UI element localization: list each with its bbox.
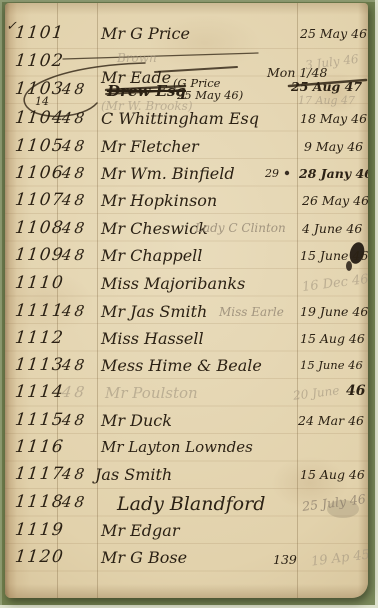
ledger-row: 1119 Mr Edgar: [5, 520, 368, 548]
ledger-row: 1107 48 Mr Hopkinson 26 May 46: [5, 190, 368, 218]
entry-number: 1108: [14, 218, 65, 238]
entry-date: 9 May 46: [304, 139, 363, 154]
entry-number: 1120: [14, 547, 65, 567]
entry-name: Mr Layton Lowndes: [101, 438, 253, 456]
entry-number: 1117: [14, 464, 65, 484]
ledger-row: 1114 48 Mr Poulston 20 June 46: [5, 382, 368, 410]
entry-date: 15 Aug 46: [300, 331, 365, 346]
entry-extra: 139: [273, 552, 297, 567]
entry-fee: 48: [61, 493, 89, 511]
entry-date: 4 June 46: [302, 221, 362, 236]
entry-fee: 48: [61, 137, 89, 155]
entry-number: 1118: [14, 492, 65, 512]
pencil-annotation: Mr Poulston: [105, 384, 198, 402]
ledger-row: 1105 48 Mr Fletcher 9 May 46: [5, 136, 368, 164]
ledger-row: 1113 48 Mess Hime & Beale 15 June 46: [5, 355, 368, 383]
entry-fee: 48: [61, 246, 89, 264]
entry-date: 25 May 46: [300, 26, 367, 41]
pencil-date: 19 Ap 45: [310, 547, 368, 569]
entry-date: 18 May 46: [300, 111, 367, 126]
entry-name: Miss Hassell: [101, 329, 204, 348]
entry-name: Mr Edgar: [101, 521, 179, 540]
entry-date: 15 June 46: [300, 358, 363, 372]
entry-name: Mr Hopkinson: [101, 191, 217, 210]
entry-number: 1112: [14, 328, 65, 348]
entry-date: 46: [346, 383, 365, 399]
entry-fee: 48: [61, 383, 89, 401]
entry-name: Mr Chappell: [101, 246, 202, 265]
entry-date: 15 Aug 46: [300, 467, 365, 482]
pencil-date: 16 Dec 46: [301, 272, 368, 295]
entry-name: Mr Cheswick: [101, 219, 208, 238]
ledger-row: 1117 48 Jas Smith 15 Aug 46: [5, 464, 368, 492]
ledger-row: 1118 48 Lady Blandford 25 July 46: [5, 492, 368, 520]
entry-number: 1115: [14, 410, 65, 430]
entry-date: 19 June 46: [300, 304, 368, 319]
entry-number: 1101: [14, 23, 65, 43]
entry-number: 1107: [14, 190, 65, 210]
entry-name: Mr Jas Smith: [101, 302, 207, 321]
entry-name: Jas Smith: [95, 465, 172, 484]
entry-number: 1105: [14, 136, 65, 156]
entry-number: 1116: [14, 437, 65, 457]
entry-number: 1113: [14, 355, 65, 375]
ledger-row: 1116 Mr Layton Lowndes: [5, 437, 368, 465]
ledger-row: 1112 Miss Hassell 15 Aug 46: [5, 328, 368, 356]
ledger-page: ✓ 1101 Mr G Price 25 May 46 1102 Brown 3…: [5, 3, 368, 598]
ledger-row: 1109 48 Mr Chappell 15 June 46: [5, 245, 368, 273]
scan-background: ✓ 1101 Mr G Price 25 May 46 1102 Brown 3…: [0, 0, 378, 608]
entry-fee: 48: [61, 219, 89, 237]
ledger-row: ✓ 1101 Mr G Price 25 May 46: [5, 23, 368, 51]
entry-number: 1111: [14, 301, 65, 321]
pencil-date: 20 June: [292, 383, 340, 403]
entry-name: Mr G Bose: [101, 548, 187, 567]
entry-fee: 48: [61, 465, 89, 483]
entry-date-struck: 25 Aug 47: [291, 79, 362, 94]
pencil-annotation: Brown: [117, 51, 157, 65]
entry-number: 1102: [14, 51, 65, 71]
ledger-row: 1104 48 C Whittingham Esq 18 May 46: [5, 108, 368, 136]
pencil-annotation: Lady C Clinton: [195, 221, 286, 235]
entry-number-sub: 14: [35, 95, 49, 108]
entry-number: 1119: [14, 520, 65, 540]
entry-date: 26 May 46: [302, 193, 368, 208]
entry-fee: 48: [61, 356, 89, 374]
ledger-row: 1111 48 Mr Jas Smith Miss Earle 19 June …: [5, 301, 368, 329]
entry-name: Miss Majoribanks: [101, 274, 245, 293]
entry-number: 1109: [14, 245, 65, 265]
entry-fee: 48: [61, 109, 89, 127]
entry-date: 15 June 46: [300, 248, 368, 263]
entry-name: Mr Fletcher: [101, 137, 199, 156]
entry-number: 1114: [14, 382, 65, 402]
entry-name: Mr G Price: [101, 24, 190, 43]
entry-name: Mr Duck: [101, 411, 172, 430]
entry-fee: 48: [61, 411, 89, 429]
entry-name: C Whittingham Esq: [101, 109, 259, 128]
entry-fee: 48: [61, 164, 89, 182]
pencil-date: 17 Aug 47: [298, 94, 355, 107]
entry-number: 1110: [14, 273, 65, 293]
ledger-row: 1110 Miss Majoribanks 16 Dec 46: [5, 273, 368, 301]
entry-date: Mon 1/48: [267, 65, 327, 80]
entry-date: 24 Mar 46: [298, 413, 364, 428]
entry-fee: 48: [61, 302, 89, 320]
ledger-row: 1120 Mr G Bose 139 19 Ap 45: [5, 547, 368, 575]
ledger-row: 1108 48 Mr Cheswick Lady C Clinton 4 Jun…: [5, 218, 368, 246]
ledger-row: 1106 48 Mr Wm. Binfield 29 28 Jany 46: [5, 163, 368, 191]
entry-number: 1104: [14, 108, 65, 128]
pencil-annotation: Miss Earle: [219, 305, 284, 319]
entry-date: 25 July 46: [301, 491, 366, 514]
entry-extra: 29: [265, 167, 279, 180]
entry-number: 1106: [14, 163, 65, 183]
entry-fee: 48: [61, 80, 89, 98]
entry-fee: 48: [61, 191, 89, 209]
entry-name: Mess Hime & Beale: [101, 356, 262, 375]
entry-name: Lady Blandford: [117, 493, 265, 515]
entry-name: Mr Wm. Binfield: [101, 164, 235, 183]
ledger-row: 1115 48 Mr Duck 24 Mar 46: [5, 410, 368, 438]
entry-date: 28 Jany 46: [299, 166, 368, 181]
